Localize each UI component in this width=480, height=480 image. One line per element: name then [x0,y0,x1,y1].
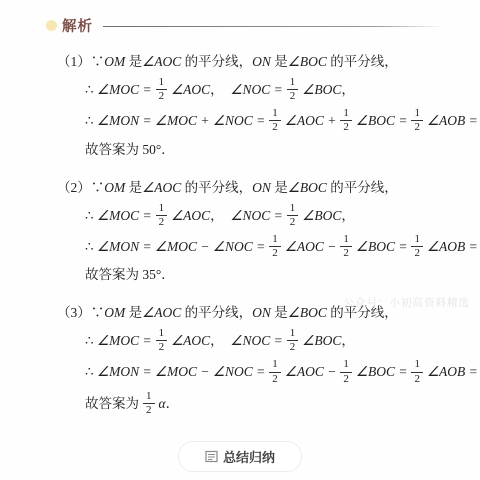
math-run: ∠AOC [142,54,181,69]
text-run: ∴ [85,113,97,128]
math-line: （1）∵OM 是∠AOC 的平分线，ON 是∠BOC 的平分线， [57,52,460,73]
math-line: ∴ ∠MON = ∠MOC + ∠NOC =12∠AOC +12∠BOC =12… [85,108,460,135]
math-run: ∠AOC [142,180,181,195]
fraction: 12 [287,76,299,103]
fraction: 12 [340,233,352,260]
math-line: ∴ ∠MON = ∠MOC − ∠NOC =12∠AOC −12∠BOC =12… [85,359,460,386]
text-run: 是 [271,180,288,195]
text-run: 的平分线， [181,180,252,195]
fraction: 12 [269,233,281,260]
math-run: 50° [142,142,161,157]
section-title: 解析 [62,15,93,36]
fraction: 12 [340,107,352,134]
math-run: OM [104,180,125,195]
math-run: ∠AOB = [427,113,480,128]
math-run: ∠AOC [142,305,181,320]
text-run: ， [210,207,230,222]
text-run: 的平分线， [327,54,398,69]
math-line: ∴ ∠MOC =12∠AOC， ∠NOC =12∠BOC， [85,203,460,230]
text-run: 是 [125,305,142,320]
text-run: 是 [271,305,288,320]
math-run: ∠NOC = [230,82,282,97]
math-line: ∴ ∠MOC =12∠AOC， ∠NOC =12∠BOC， [85,328,460,355]
text-run: 故答案为 [85,142,142,157]
math-run: ∠MOC = [97,333,152,348]
math-run: ON [252,180,271,195]
fraction: 12 [269,107,281,134]
math-run: ∠AOB = [427,364,478,379]
text-run: 故答案为 [85,267,142,282]
fraction: 12 [287,202,299,229]
text-run: ， [341,82,355,97]
math-run: ∠BOC = [356,113,408,128]
fraction: 12 [340,358,352,385]
text-run: ∴ [85,364,97,379]
math-run: α [159,396,166,411]
fraction: 12 [411,358,423,385]
text-run: ． [161,142,175,157]
text-run: ∴ [85,207,97,222]
part-1: （1）∵OM 是∠AOC 的平分线，ON 是∠BOC 的平分线，∴ ∠MOC =… [57,52,460,161]
analysis-header: 解析 [46,15,444,35]
text-run: 的平分线， [181,305,252,320]
math-line: 故答案为 35°． [85,265,460,286]
fraction: 12 [156,202,168,229]
fraction: 12 [143,390,155,417]
text-run: ∴ [85,239,97,254]
math-run: ∠BOC [288,180,327,195]
summary-label: 总结归纳 [223,447,275,466]
math-run: ∠AOC [171,333,210,348]
text-run: ∴ [85,333,97,348]
math-run: ∠MON = ∠MOC − ∠NOC = [97,239,265,254]
math-run: ∠BOC [288,305,327,320]
fraction: 12 [411,233,423,260]
text-run: ∴ [85,82,97,97]
part-3: （3）∵OM 是∠AOC 的平分线，ON 是∠BOC 的平分线，∴ ∠MOC =… [57,303,460,418]
fraction: 12 [156,76,168,103]
math-run: ∠AOC + [285,113,337,128]
text-run: 的平分线， [181,54,252,69]
math-run: ∠AOC [171,207,210,222]
text-run: ． [161,267,175,282]
math-run: OM [104,305,125,320]
math-run: ∠AOC [171,82,210,97]
math-run: ON [252,54,271,69]
text-run: ， [210,333,230,348]
header-bullet-icon [46,20,57,31]
watermark-text: 公众号：小初高资料精选 [344,295,471,310]
text-run: ， [341,207,355,222]
math-run: ON [252,305,271,320]
math-run: ∠AOC − [285,239,337,254]
text-run: ． [166,396,180,411]
math-run: ∠BOC = [356,239,408,254]
math-line: （2）∵OM 是∠AOC 的平分线，ON 是∠BOC 的平分线， [57,178,460,199]
text-run: （1）∵ [57,54,104,69]
math-run: ∠MON = ∠MOC − ∠NOC = [97,364,265,379]
text-run: 故答案为 [85,396,139,411]
text-run: 是 [271,54,288,69]
fraction: 12 [287,327,299,354]
math-run: ∠BOC = [356,364,408,379]
fraction: 12 [411,107,423,134]
math-run: ∠MOC = [97,82,152,97]
math-line: ∴ ∠MON = ∠MOC − ∠NOC =12∠AOC −12∠BOC =12… [85,234,460,261]
text-run: （3）∵ [57,305,104,320]
math-run: ∠BOC [288,54,327,69]
math-line: ∴ ∠MOC =12∠AOC， ∠NOC =12∠BOC， [85,77,460,104]
math-line: 故答案为12α． [85,391,460,418]
math-run: ∠BOC [302,207,341,222]
text-run: （2）∵ [57,180,104,195]
math-run: ∠NOC = [230,207,282,222]
math-run: ∠MON = ∠MOC + ∠NOC = [97,113,265,128]
fraction: 12 [156,327,168,354]
notebook-icon [205,450,218,463]
summary-badge: 总结归纳 [178,441,302,472]
header-rule [103,26,444,27]
math-run: ∠BOC [302,82,341,97]
text-run: 是 [125,54,142,69]
math-line: 故答案为 50°． [85,140,460,161]
math-run: ∠AOB = [427,239,480,254]
math-run: ∠MOC = [97,207,152,222]
solution-page: { "header": { "title": "解析" }, "watermar… [0,0,480,480]
text-run: ， [210,82,230,97]
sections: （1）∵OM 是∠AOC 的平分线，ON 是∠BOC 的平分线，∴ ∠MOC =… [57,52,460,418]
text-run: ， [341,333,355,348]
math-run: ∠NOC = [230,333,282,348]
math-run: ∠BOC [302,333,341,348]
text-run: 是 [125,180,142,195]
part-2: （2）∵OM 是∠AOC 的平分线，ON 是∠BOC 的平分线，∴ ∠MOC =… [57,178,460,287]
math-run: ∠AOC − [285,364,337,379]
fraction: 12 [269,358,281,385]
math-run: OM [104,54,125,69]
math-run: 35° [142,267,161,282]
text-run: 的平分线， [327,180,398,195]
